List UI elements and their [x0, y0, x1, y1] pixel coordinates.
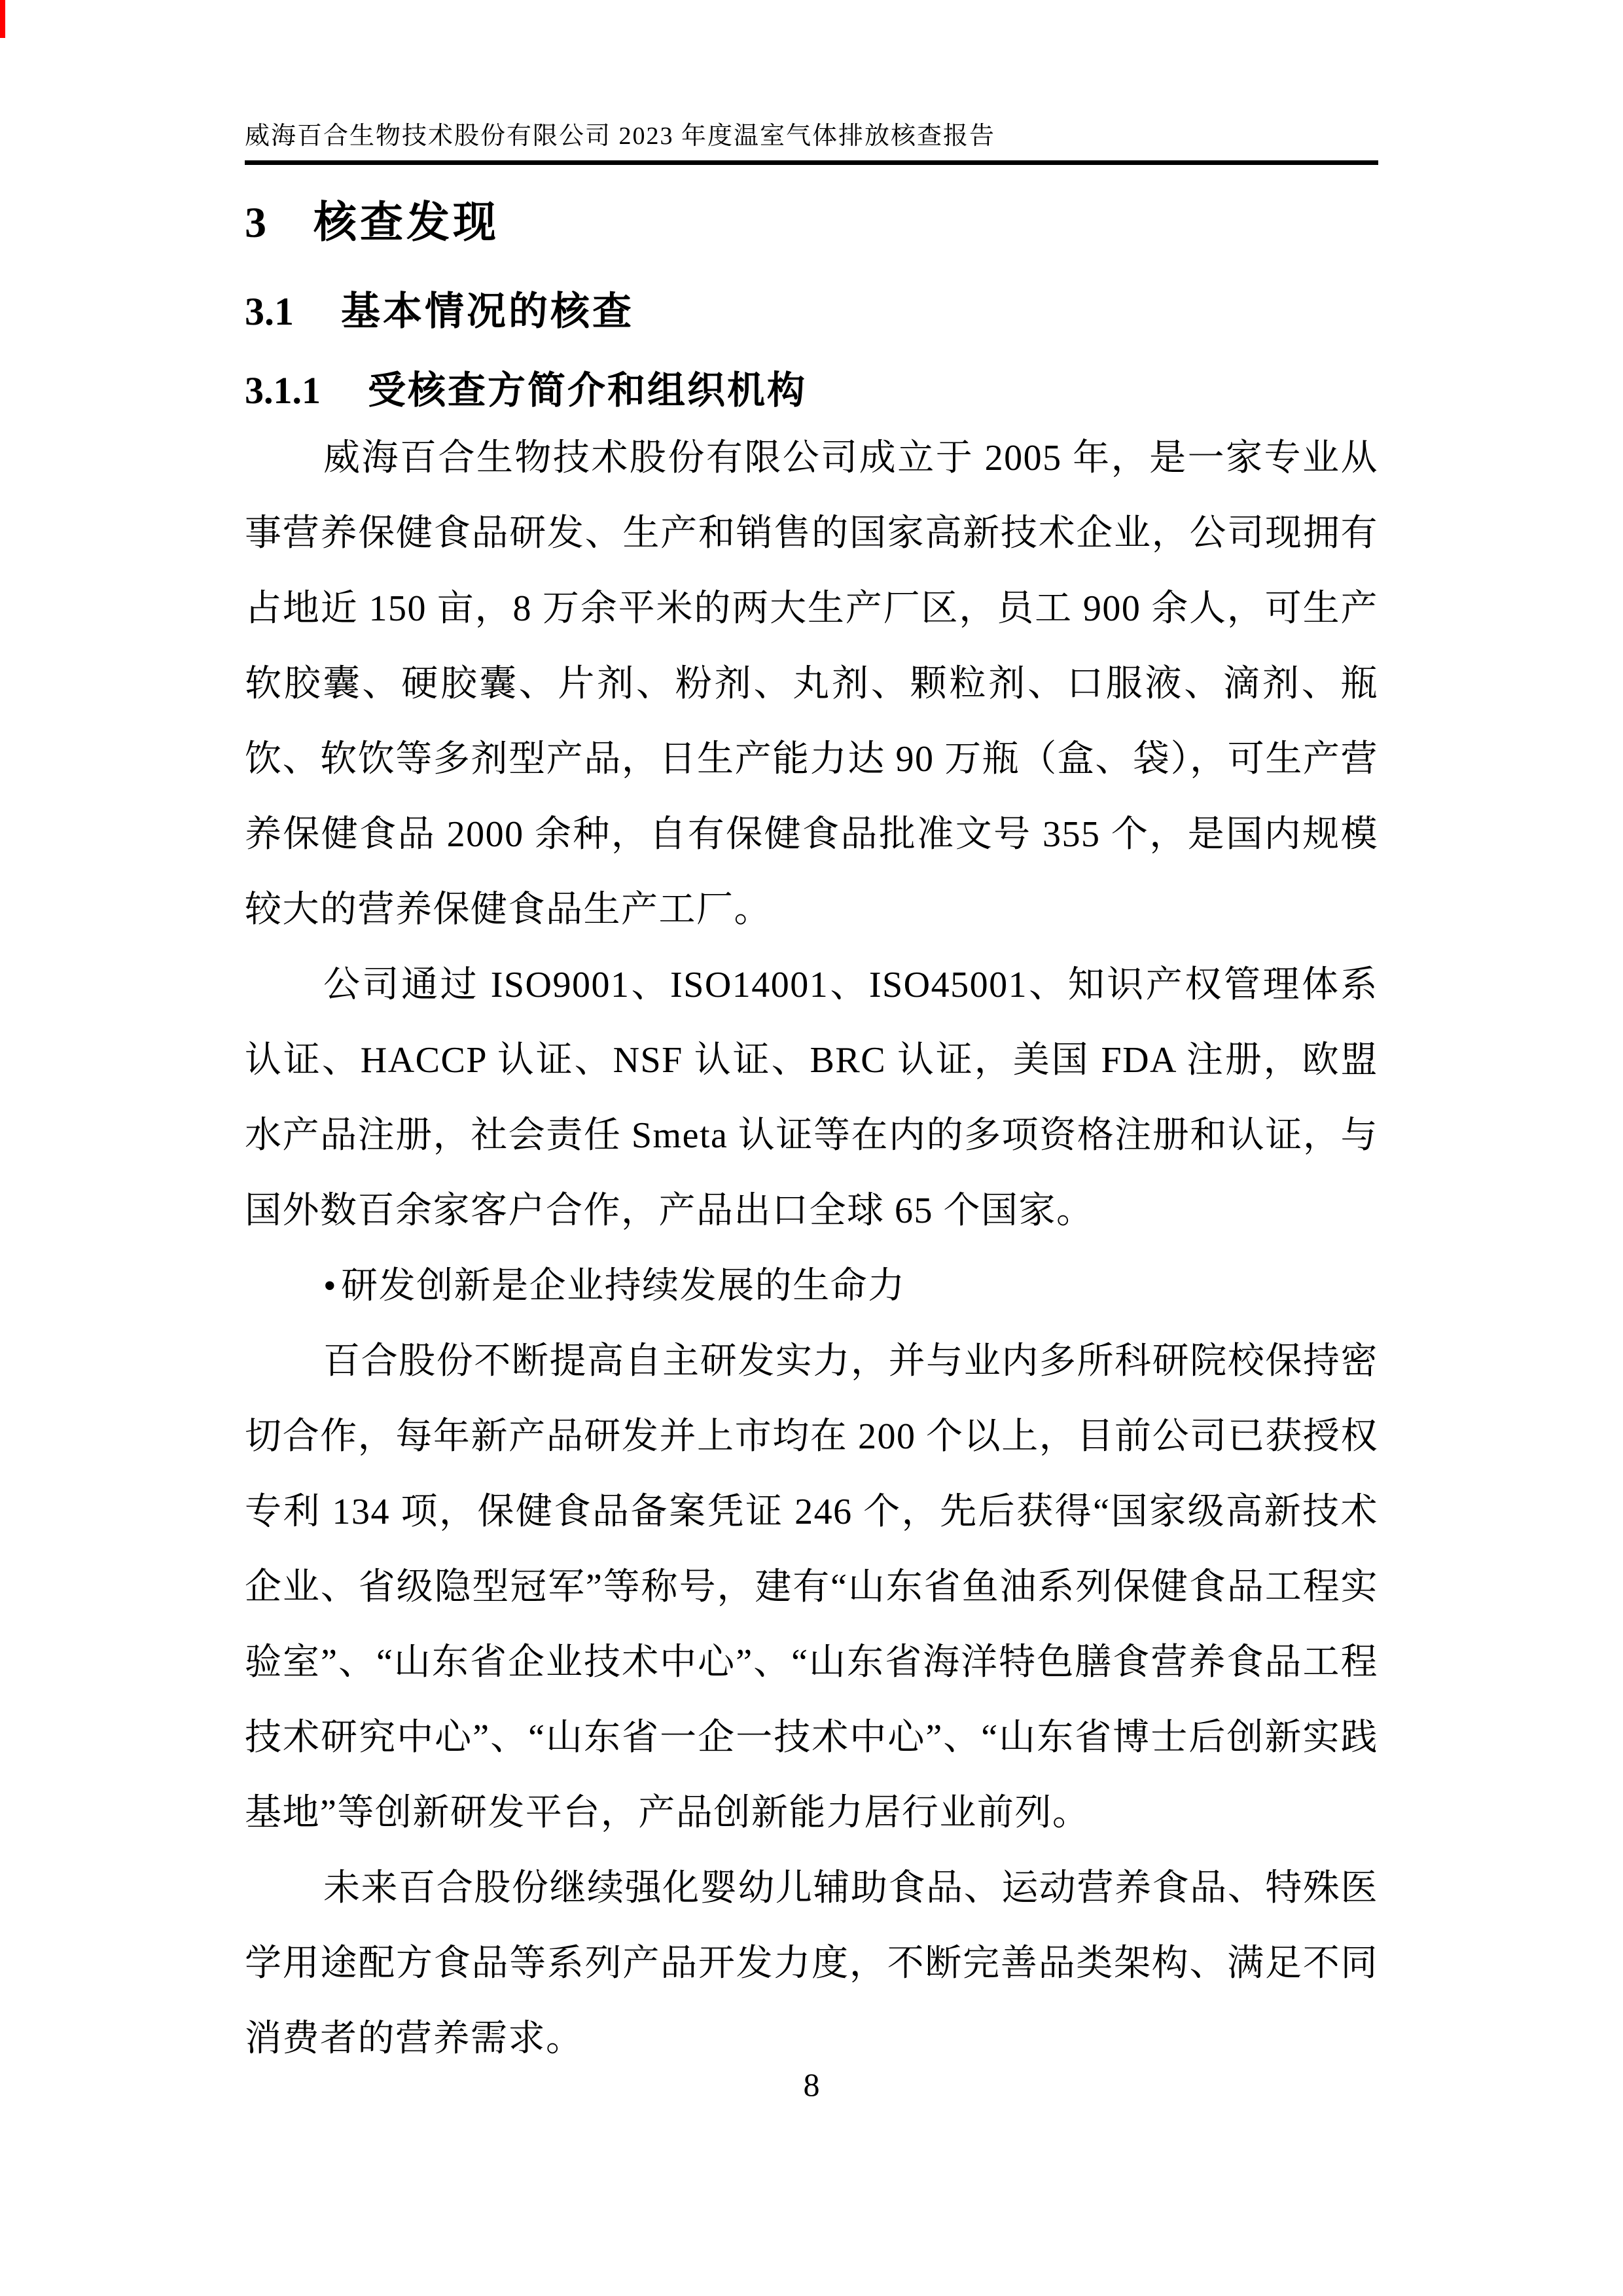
page-number: 8 — [0, 2065, 1623, 2104]
bullet-icon: • — [323, 1266, 337, 1306]
heading-subsection: 3.1.1受核查方简介和组织机构 — [245, 370, 1378, 412]
page-header: 威海百合生物技术股份有限公司 2023 年度温室气体排放核查报告 — [245, 122, 1378, 151]
heading-chapter-title: 核查发现 — [313, 199, 499, 247]
heading-subsection-number: 3.1.1 — [245, 369, 321, 412]
paragraph-certifications: 公司通过 ISO9001、ISO14001、ISO45001、知识产权管理体系认… — [245, 948, 1378, 1249]
page-content: 威海百合生物技术股份有限公司 2023 年度温室气体排放核查报告 3核查发现 3… — [245, 0, 1378, 2077]
document-page: 威海百合生物技术股份有限公司 2023 年度温室气体排放核查报告 3核查发现 3… — [0, 0, 1623, 2296]
bullet-line-text: 研发创新是企业持续发展的生命力 — [341, 1266, 906, 1306]
heading-section: 3.1基本情况的核查 — [245, 289, 1378, 334]
header-rule — [245, 160, 1378, 165]
red-edge-mark — [0, 0, 5, 38]
heading-section-number: 3.1 — [245, 290, 294, 333]
header-title: 威海百合生物技术股份有限公司 2023 年度温室气体排放核查报告 — [245, 122, 995, 150]
paragraph-future-plan: 未来百合股份继续强化婴幼儿辅助食品、运动营养食品、特殊医学用途配方食品等系列产品… — [245, 1851, 1378, 2077]
heading-chapter-number: 3 — [245, 199, 266, 247]
heading-subsection-title: 受核查方简介和组织机构 — [368, 369, 807, 412]
paragraph-company-intro: 威海百合生物技术股份有限公司成立于 2005 年，是一家专业从事营养保健食品研发… — [245, 421, 1378, 948]
paragraph-rnd-strength: 百合股份不断提高自主研发实力，并与业内多所科研院校保持密切合作，每年新产品研发并… — [245, 1324, 1378, 1851]
heading-chapter: 3核查发现 — [245, 199, 1378, 247]
bullet-line-rnd: •研发创新是企业持续发展的生命力 — [245, 1249, 1378, 1324]
heading-section-title: 基本情况的核查 — [341, 290, 634, 333]
